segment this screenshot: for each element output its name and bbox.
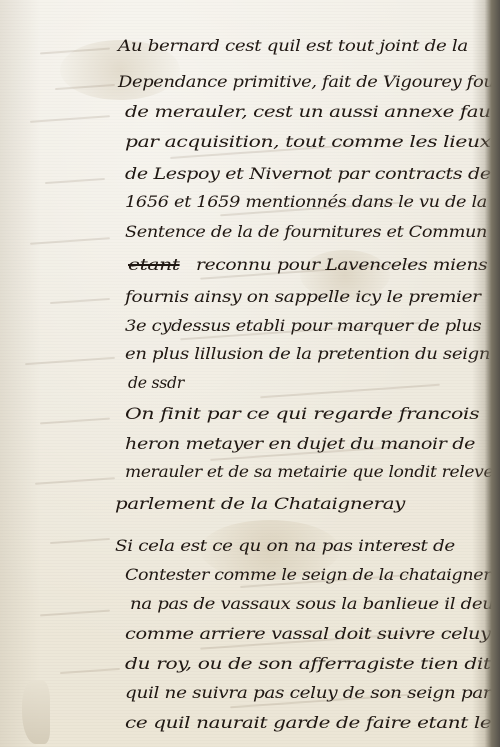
text-line-12: de ssdr [128, 373, 184, 392]
text-line-6: 1656 et 1659 mentionnés dans le vu de la [125, 192, 487, 211]
text-line-21: du roy, ou de son afferragiste tien dit [125, 654, 491, 673]
text-line-1: Au bernard cest quil est tout joint de l… [118, 36, 468, 55]
text-line-23: ce quil naurait garde de faire etant le [125, 713, 491, 732]
text-line-14: heron metayer en dujet du manoir de [125, 434, 475, 453]
text-line-9: fournis ainsy on sappelle icy le premier [125, 287, 481, 306]
text-line-4: par acquisition, tout comme les lieux [125, 132, 491, 151]
text-line-11: en plus lillusion de la pretention du se… [125, 344, 496, 363]
text-line-13: On finit par ce qui regarde francois [125, 404, 479, 423]
text-line-15: merauler et de sa metairie que londit re… [125, 462, 493, 481]
paper-tear [22, 680, 50, 744]
text-line-3: de merauler, cest un aussi annexe fau [125, 102, 491, 121]
text-line-8: reconnu pour Lavenceles miens [196, 255, 487, 274]
handwritten-text: Au bernard cest quil est tout joint de l… [0, 0, 500, 747]
text-line-17: Si cela est ce qu on na pas interest de [115, 536, 455, 555]
manuscript-page: Au bernard cest quil est tout joint de l… [0, 0, 500, 747]
text-line-7: Sentence de la de fournitures et Commun [125, 222, 487, 241]
text-line-20: comme arriere vassal doit suivre celuy [125, 624, 491, 643]
text-line-19: na pas de vassaux sous la banlieue il de… [130, 594, 494, 613]
struck-word: etant [128, 255, 180, 274]
text-line-16: parlement de la Chataigneray [115, 494, 405, 513]
text-line-10: 3e cydessus etabli pour marquer de plus [125, 316, 481, 335]
text-line-2: Dependance primitive, fait de Vigourey f… [118, 72, 495, 91]
text-line-22: quil ne suivra pas celuy de son seign pa… [125, 683, 491, 702]
text-line-18: Contester comme le seign de la chataigne… [125, 565, 491, 584]
text-line-5: de Lespoy et Nivernot par contracts de [125, 164, 491, 183]
page-right-edge-shadow [472, 0, 500, 747]
